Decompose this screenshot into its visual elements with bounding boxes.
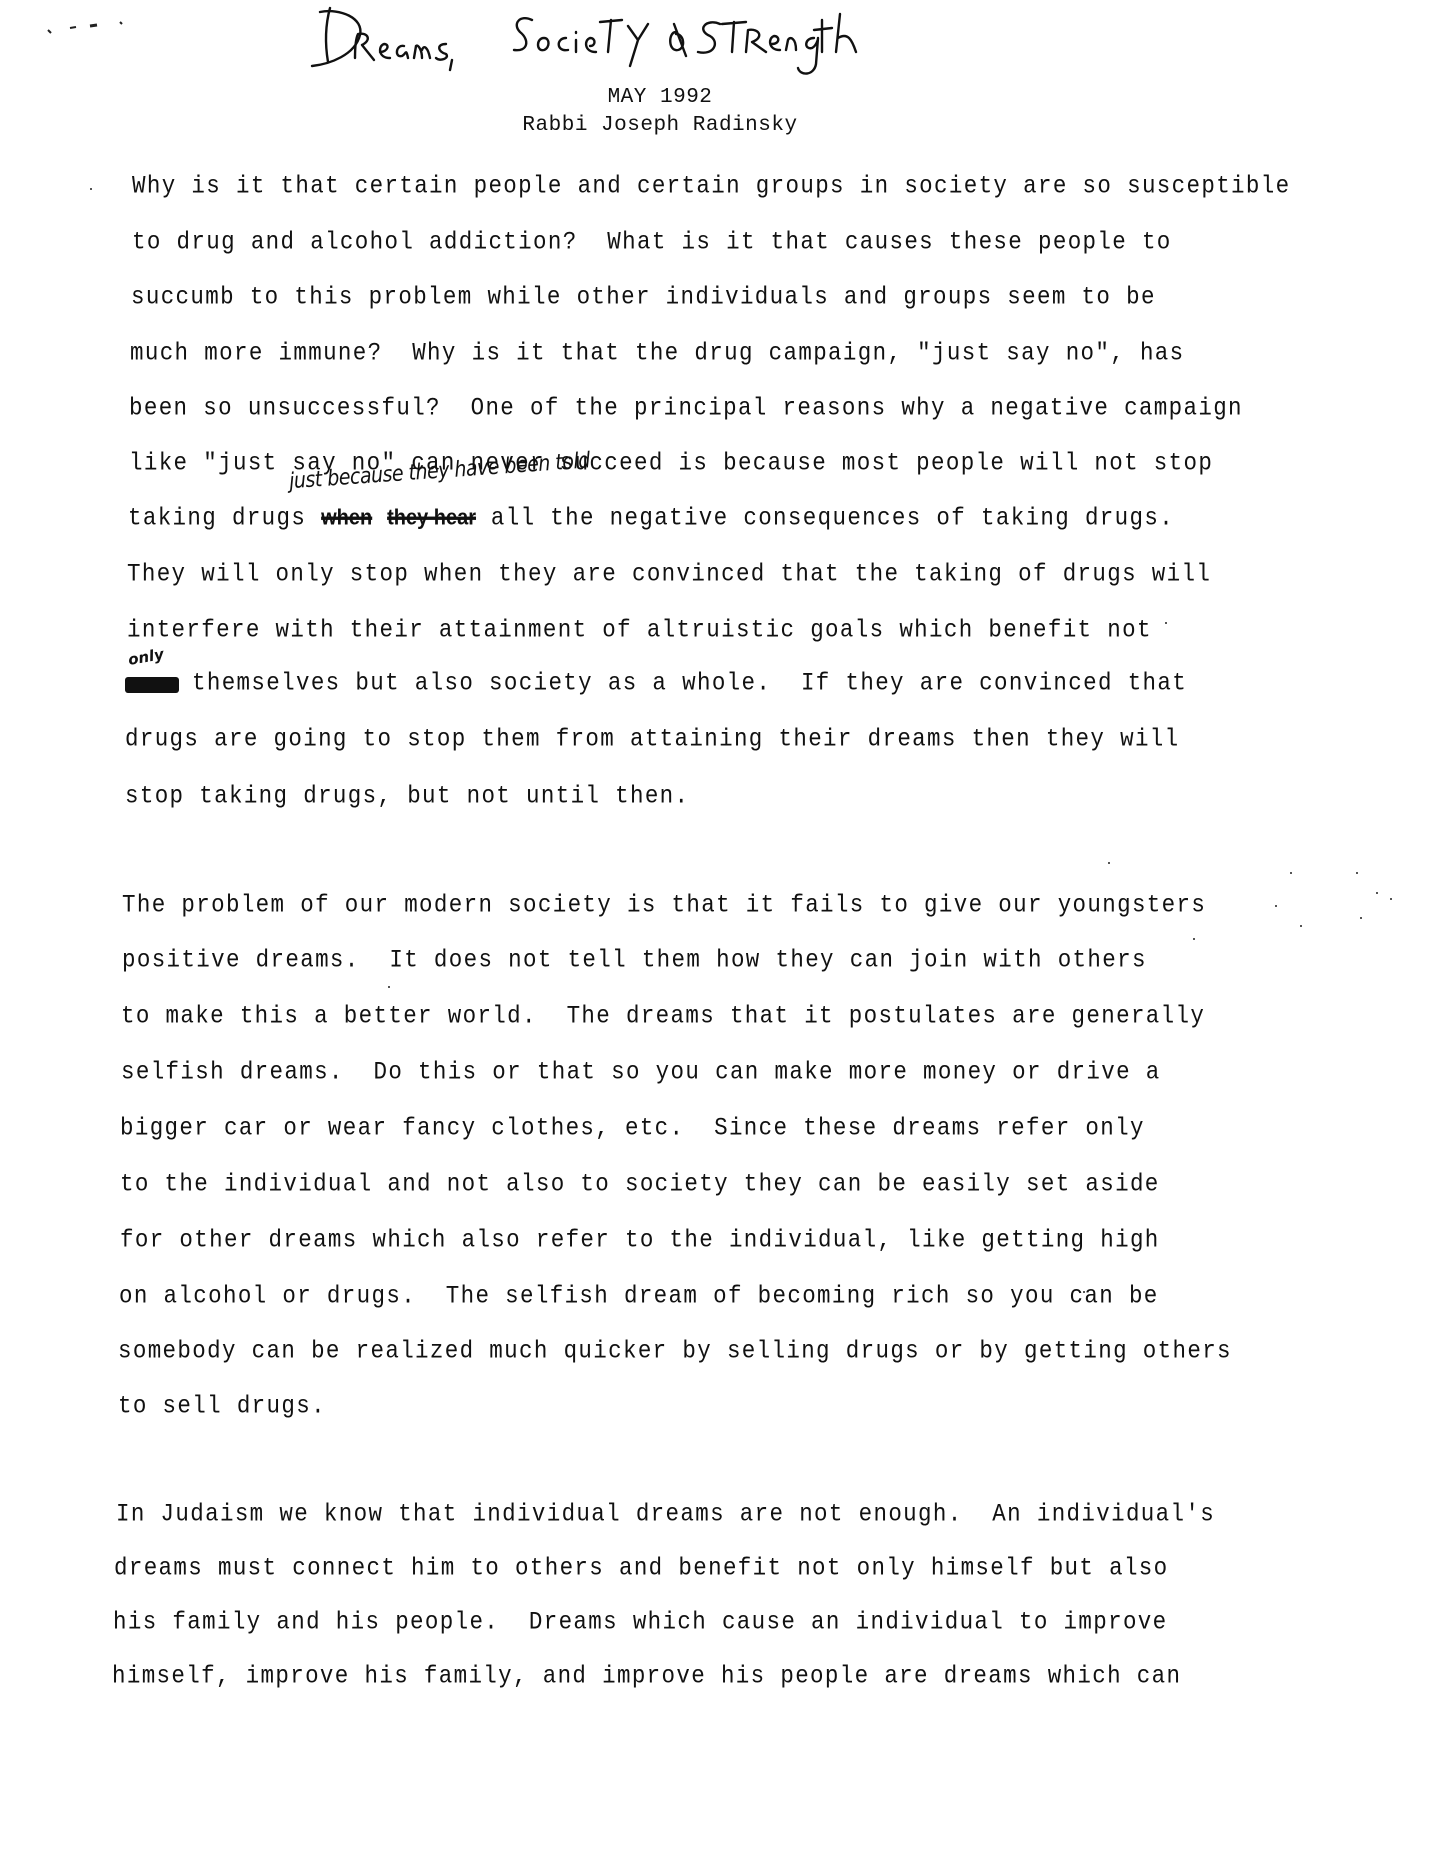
scan-speck (1300, 925, 1302, 927)
scan-artifact-marks (40, 18, 140, 38)
scan-speck (1390, 898, 1392, 900)
struck-word: when (321, 505, 372, 530)
document-date: MAY 1992 (0, 86, 1320, 109)
document-author: Rabbi Joseph Radinsky (0, 114, 1320, 137)
text-line: The problem of our modern society is tha… (122, 889, 1206, 920)
struck-word: they hear (387, 505, 476, 530)
text-line: somebody can be realized much quicker by… (118, 1335, 1232, 1366)
text-line: on alcohol or drugs. The selfish dream o… (119, 1280, 1159, 1311)
scan-speck (1193, 938, 1195, 940)
scan-speck (1360, 917, 1362, 919)
text-line: stop taking drugs, but not until then. (125, 780, 689, 811)
scan-speck (1290, 872, 1292, 874)
text-line: drugs are going to stop them from attain… (125, 723, 1180, 754)
text-line: been so unsuccessful? One of the princip… (129, 392, 1243, 423)
scan-speck (1108, 862, 1110, 864)
scan-speck (388, 986, 390, 988)
text-line: to the individual and not also to societ… (120, 1168, 1160, 1199)
text-line: himself, improve his family, and improve… (112, 1660, 1181, 1691)
text-line: bigger car or wear fancy clothes, etc. S… (120, 1112, 1145, 1143)
text-line: They will only stop when they are convin… (127, 558, 1211, 589)
text-line: themselves but also society as a whole. … (192, 667, 1187, 698)
document-page: MAY 1992 Rabbi Joseph Radinsky Why is it… (0, 0, 1430, 1851)
text-line: interfere with their attainment of altru… (127, 614, 1152, 645)
scan-speck (90, 188, 92, 190)
text-line: In Judaism we know that individual dream… (116, 1498, 1215, 1529)
text-line: to make this a better world. The dreams … (121, 1000, 1205, 1031)
text-line: succumb to this problem while other indi… (131, 281, 1156, 312)
scan-speck (1165, 622, 1167, 624)
text-line: to drug and alcohol addiction? What is i… (132, 226, 1172, 257)
scan-speck (1083, 1291, 1085, 1293)
scribble-strikeout (125, 677, 179, 693)
handwriting-title-icon (300, 0, 940, 90)
text-line: much more immune? Why is it that the dru… (130, 337, 1185, 368)
text-line: to sell drugs. (118, 1390, 326, 1421)
text-line: his family and his people. Dreams which … (113, 1606, 1168, 1637)
text-line: Why is it that certain people and certai… (132, 170, 1290, 201)
handwritten-insertion: only (127, 645, 165, 669)
text-line: positive dreams. It does not tell them h… (122, 944, 1147, 975)
text-line-edited: taking drugs when they hear all the nega… (128, 502, 1174, 533)
text-line: for other dreams which also refer to the… (120, 1224, 1160, 1255)
text-segment: all the negative consequences of taking … (476, 503, 1174, 532)
text-segment: taking drugs (128, 503, 306, 532)
text-line: selfish dreams. Do this or that so you c… (121, 1056, 1161, 1087)
text-line: dreams must connect him to others and be… (114, 1552, 1169, 1583)
scan-speck (1376, 892, 1378, 894)
scan-speck (1275, 905, 1277, 907)
scan-speck (1356, 872, 1358, 874)
handwritten-title (300, 0, 940, 90)
